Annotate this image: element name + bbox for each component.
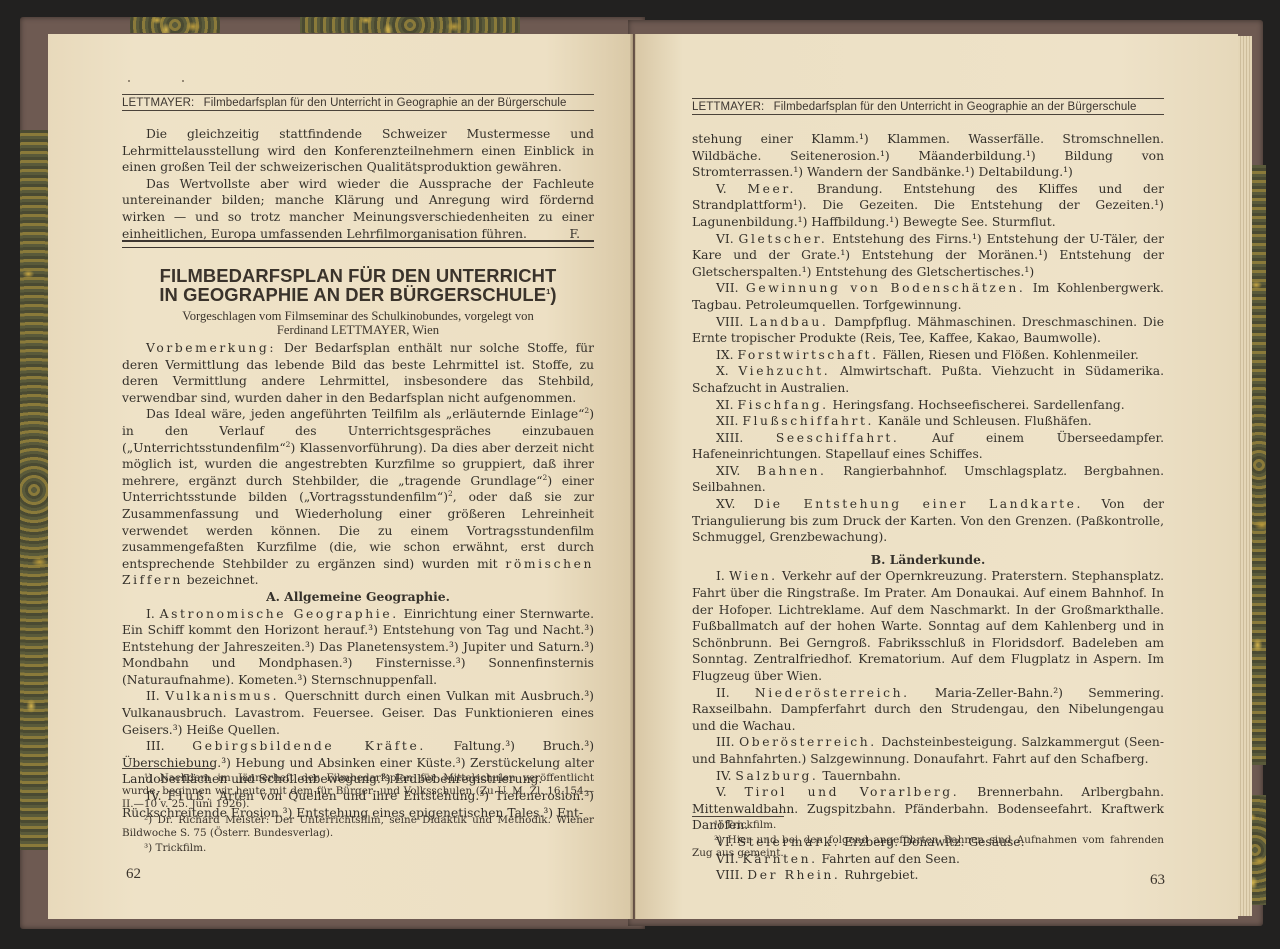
item-title: Bahnen.	[757, 464, 827, 478]
list-item: IV. Salzburg. Tauernbahn.	[692, 768, 1164, 785]
item-title: Tirol und Vorarlberg.	[745, 785, 960, 799]
item-numeral: III.	[146, 739, 164, 753]
item-title: Gebirgsbildende Kräfte.	[192, 739, 426, 753]
item-title: Niederösterreich.	[755, 686, 910, 700]
item-numeral: IV.	[716, 769, 732, 783]
item-numeral: II.	[716, 686, 730, 700]
intro-paragraph: Das Wertvollste aber wird wieder die Aus…	[122, 176, 594, 242]
item-title: Die Entstehung einer Landkarte.	[754, 497, 1083, 511]
item-title: Viehzucht.	[738, 364, 830, 378]
paper-speck	[182, 80, 184, 82]
vorbemerkung-label: Vorbemerkung:	[146, 341, 276, 355]
text-run: bezeichnet.	[187, 573, 259, 587]
list-item: V. Meer. Brandung. Entstehung des Kliffe…	[692, 181, 1164, 231]
item-title: Salzburg.	[735, 769, 818, 783]
article-title-line-1: FILMBEDARFSPLAN FÜR DEN UNTERRICHT	[122, 266, 594, 285]
item-title: Oberösterreich.	[739, 735, 877, 749]
list-item: III. Oberösterreich. Dachsteinbesteigung…	[692, 734, 1164, 767]
item-numeral: X.	[716, 364, 729, 378]
marbled-edge-top-middle	[300, 17, 520, 33]
list-item: X. Viehzucht. Almwirtschaft. Pußta. Vieh…	[692, 363, 1164, 396]
item-numeral: XI.	[716, 398, 734, 412]
item-title: Forstwirtschaft.	[737, 348, 878, 362]
list-item: I. Wien. Verkehr auf der Opernkreuzung. …	[692, 568, 1164, 684]
article-subtitle: Vorgeschlagen vom Filmseminar des Schulk…	[122, 310, 594, 337]
item-numeral: V.	[716, 182, 727, 196]
item-numeral: VII.	[716, 281, 739, 295]
paper-speck	[128, 80, 130, 82]
item-text: Verkehr auf der Opernkreuzung. Praterste…	[692, 569, 1164, 683]
item-numeral: II.	[146, 689, 160, 703]
list-item: XII. Flußschiffahrt. Kanäle und Schleuse…	[692, 413, 1164, 430]
marbled-endpaper-right	[1252, 165, 1266, 765]
list-item: XV. Die Entstehung einer Landkarte. Von …	[692, 496, 1164, 546]
item-numeral: XII.	[716, 414, 738, 428]
list-item: II. Vulkanismus. Querschnitt durch einen…	[122, 688, 594, 738]
item-title: Gewinnung von Bodenschätzen.	[746, 281, 1025, 295]
item-title: Landbau.	[749, 315, 828, 329]
list-item: VIII. Der Rhein. Ruhrgebiet.	[692, 867, 1164, 884]
item-numeral: VIII.	[716, 315, 743, 329]
header-title: Filmbedarfsplan für den Unterricht in Ge…	[204, 97, 567, 109]
item-numeral: III.	[716, 735, 734, 749]
header-author: LETTMAYER:	[122, 97, 194, 109]
item-title: Wien.	[729, 569, 777, 583]
article-body-left: Vorbemerkung: Der Bedarfsplan enthält nu…	[122, 340, 594, 821]
item-text: Tauernbahn.	[822, 769, 901, 783]
list-item: VIII. Landbau. Dampfpflug. Mähmaschinen.…	[692, 314, 1164, 347]
footnotes-left: ¹) Nachdem im Jännerheft der Filmbedarfs…	[122, 772, 594, 857]
item-title: Der Rhein.	[747, 868, 840, 882]
item-text: Fällen, Riesen und Flößen. Kohlenmeiler.	[883, 348, 1139, 362]
item-title: Meer.	[747, 182, 796, 196]
section-heading-a: A. Allgemeine Geographie.	[122, 589, 594, 606]
page-number-right: 63	[1150, 872, 1165, 889]
list-item: I. Astronomische Geographie. Einrichtung…	[122, 606, 594, 689]
item-text: Auf einem Überseedampfer. Hafeneinrichtu…	[692, 431, 1164, 462]
continuation-text: stehung einer Klamm.¹) Klammen. Wasserfä…	[692, 131, 1164, 181]
item-numeral: IX.	[716, 348, 734, 362]
item-numeral: XV.	[716, 497, 735, 511]
intro-paragraph-text: Das Wertvollste aber wird wieder die Aus…	[122, 177, 594, 241]
footnote: ¹) Nachdem im Jännerheft der Filmbedarfs…	[122, 772, 594, 812]
book-gutter	[630, 34, 636, 919]
running-header-left: LETTMAYER: Filmbedarfsplan für den Unter…	[122, 94, 594, 111]
list-item: II. Niederösterreich. Maria-Zeller-Bahn.…	[692, 685, 1164, 735]
item-text: Heringsfang. Hochseefischerei. Sardellen…	[833, 398, 1125, 412]
item-title: Seeschiffahrt.	[776, 431, 900, 445]
item-numeral: I.	[146, 607, 155, 621]
item-numeral: I.	[716, 569, 725, 583]
item-title: Vulkanismus.	[165, 689, 279, 703]
list-item: VII. Gewinnung von Bodenschätzen. Im Koh…	[692, 280, 1164, 313]
running-header-right: LETTMAYER: Filmbedarfsplan für den Unter…	[692, 98, 1164, 115]
subtitle-line-2: Ferdinand LETTMAYER, Wien	[122, 324, 594, 338]
marbled-endpaper-left	[20, 130, 48, 850]
article-title-line-2: IN GEOGRAPHIE AN DER BÜRGERSCHULE	[159, 284, 546, 305]
item-numeral: VIII.	[716, 868, 743, 882]
article-body-right: stehung einer Klamm.¹) Klammen. Wasserfä…	[692, 131, 1164, 884]
marbled-edge-top-left	[130, 17, 220, 33]
list-item: IX. Forstwirtschaft. Fällen, Riesen und …	[692, 347, 1164, 364]
item-text: Kanäle und Schleusen. Flußhäfen.	[878, 414, 1092, 428]
section-heading-b: B. Länderkunde.	[692, 552, 1164, 569]
text-run: Das Ideal wäre, jeden angeführten Teilfi…	[146, 407, 584, 421]
footnote: ²) Hier und bei den folgend angeführten …	[692, 834, 1164, 860]
header-title: Filmbedarfsplan für den Unterricht in Ge…	[774, 101, 1137, 113]
article-title: FILMBEDARFSPLAN FÜR DEN UNTERRICHT IN GE…	[122, 266, 594, 304]
intro-block: Die gleichzeitig stattfindende Schweizer…	[122, 126, 594, 242]
footnote-rule	[122, 768, 214, 769]
intro-paragraph: Die gleichzeitig stattfindende Schweizer…	[122, 126, 594, 176]
item-title: Astronomische Geographie.	[160, 607, 399, 621]
section-divider	[122, 240, 594, 248]
list-item: XIV. Bahnen. Rangierbahnhof. Umschlagspl…	[692, 463, 1164, 496]
item-title: Gletscher.	[739, 232, 828, 246]
page-block-edges	[1238, 36, 1252, 916]
ideal-paragraph: Das Ideal wäre, jeden angeführten Teilfi…	[122, 406, 594, 589]
list-item: XIII. Seeschiffahrt. Auf einem Überseeda…	[692, 430, 1164, 463]
item-title: Fischfang.	[737, 398, 828, 412]
footnote: ¹) Trickfilm.	[692, 819, 1164, 832]
header-author: LETTMAYER:	[692, 101, 764, 113]
vorbemerkung-paragraph: Vorbemerkung: Der Bedarfsplan enthält nu…	[122, 340, 594, 406]
footnote-ref: 1	[546, 287, 550, 296]
item-numeral: XIV.	[716, 464, 740, 478]
footnote: ³) Trickfilm.	[122, 842, 594, 855]
list-item: XI. Fischfang. Heringsfang. Hochseefisch…	[692, 397, 1164, 414]
subtitle-line-1: Vorgeschlagen vom Filmseminar des Schulk…	[122, 310, 594, 324]
item-numeral: V.	[716, 785, 727, 799]
footnote-rule	[692, 816, 784, 817]
item-title: Flußschiffahrt.	[742, 414, 874, 428]
item-numeral: VI.	[716, 232, 734, 246]
item-text: Ruhrgebiet.	[844, 868, 918, 882]
footnote: ²) Dr. Richard Meister: Der Unterrichtsf…	[122, 814, 594, 840]
item-numeral: XIII.	[716, 431, 743, 445]
list-item: VI. Gletscher. Entstehung des Firns.¹) E…	[692, 231, 1164, 281]
page-number-left: 62	[126, 866, 141, 883]
footnotes-right: ¹) Trickfilm. ²) Hier und bei den folgen…	[692, 819, 1164, 863]
